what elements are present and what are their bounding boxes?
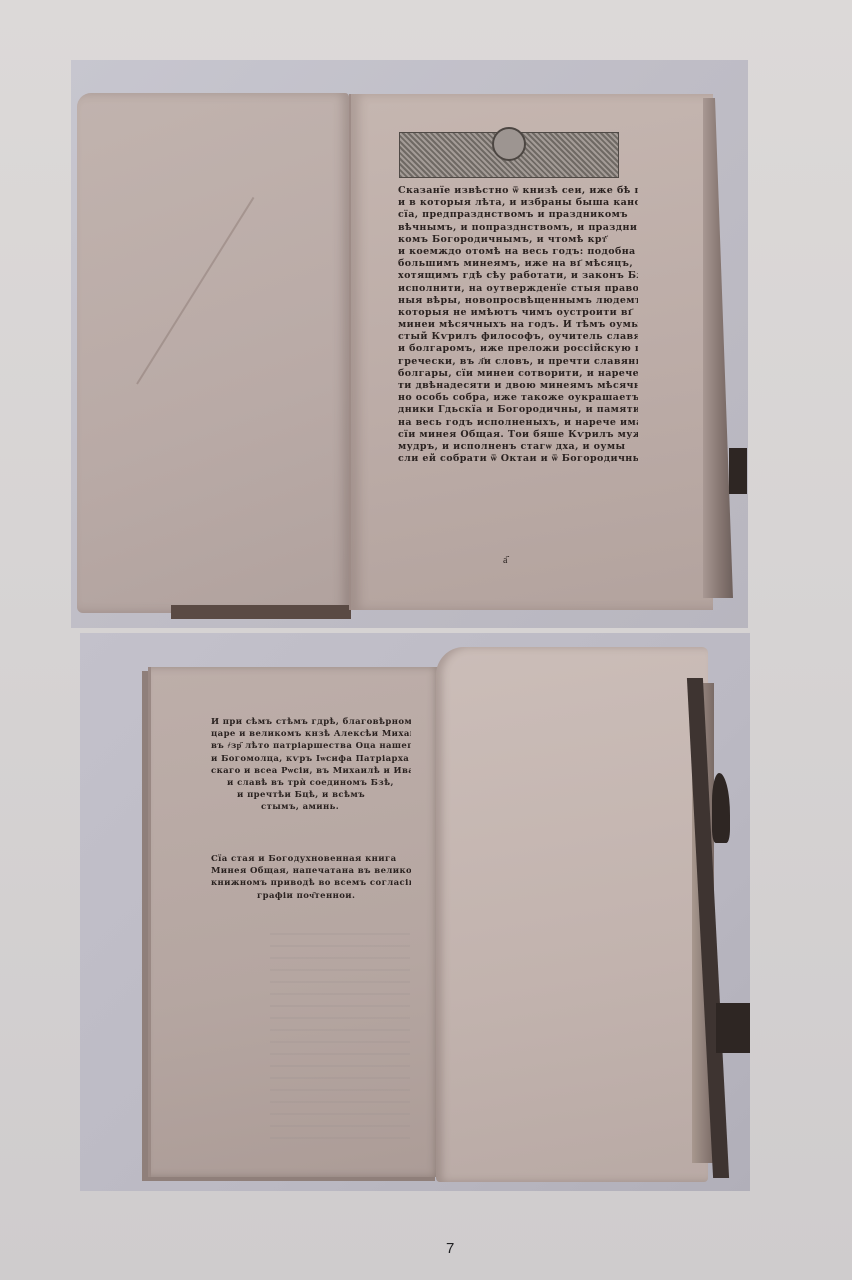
text-line: и Богомолца, кѵръ Іѡсифа Патріарха Моско… (211, 753, 411, 765)
photo-open-book-colophon: И при сѣмъ стѣмъ гдрѣ, благовѣрномъ царе… (80, 633, 750, 1191)
ornamental-headpiece-icon (399, 132, 619, 178)
page-block-edge (703, 98, 733, 598)
text-line: большимъ минеямъ, иже на вı҃ мѣсяцъ, (398, 258, 638, 270)
text-line: дники Гдьскїа и Богородичны, и памяти ст… (398, 404, 638, 416)
right-blank-page (436, 647, 708, 1182)
text-line: стымъ, аминь. (211, 801, 411, 813)
text-line: скаго и всеа Рѡсіи, въ Михаилѣ и Ивана, (211, 765, 411, 777)
text-line: книжномъ приводѣ во всемъ согласіи въ ти… (211, 877, 411, 889)
page-crease (136, 197, 254, 385)
text-line: болгары, сїи минеи сотворити, и нарече (398, 368, 638, 380)
text-line: графіи поч҃теннои. (211, 890, 411, 902)
printed-text-block: Сказанїе извѣстно ѿ книзѣ сеи, иже бѣ пр… (398, 185, 638, 465)
text-line: вѣчнымъ, и попразднствомъ, и праздни (398, 222, 638, 234)
folio-signature: а҃ (503, 555, 507, 566)
left-blank-page (77, 93, 349, 613)
text-line: гречески, въ л҃и словъ, и пречти славяны… (398, 356, 638, 368)
text-line: и пречтѣи Бцѣ, и всѣмъ (211, 789, 411, 801)
text-line: и в которыя лѣта, и избраны быша каноны (398, 197, 638, 209)
page-number: 7 (446, 1240, 454, 1257)
show-through-text (270, 933, 410, 1143)
text-line: сли ей собрати ѿ Октаи и ѿ Богородичныхъ… (398, 453, 638, 465)
leather-clasp (712, 773, 730, 843)
text-line: царе и великомъ кнзѣ Алексѣи Михаиловичѣ… (211, 728, 411, 740)
text-line: ти двѣнадесяти и двою минеямъ мѣсячнымъ: (398, 380, 638, 392)
text-line: и болгаромъ, иже преложи россійскую грам… (398, 343, 638, 355)
text-line: комъ Богородичнымъ, и чтомѣ крт҃ (398, 234, 638, 246)
text-line: и коемждо отомѣ на весь годъ: подобна (398, 246, 638, 258)
colophon-block-1: И при сѣмъ стѣмъ гдрѣ, благовѣрномъ царе… (211, 716, 411, 814)
book-clasp (729, 448, 747, 494)
book-clasp (716, 1003, 750, 1053)
text-line: минеи мѣсячныхъ на годъ. И тѣмъ оумысли (398, 319, 638, 331)
text-line: сїи минея Общая. Тои бяше Кѵрилъ мужъ (398, 429, 638, 441)
text-line: Минея Общая, напечатана въ великоцарству… (211, 865, 411, 877)
text-line: стый Кѵрилъ философъ, оучитель славянымъ (398, 331, 638, 343)
text-line: въ ҂зр҃ лѣто патріаршества Оца нашего (211, 740, 411, 752)
text-line: хотящимъ гдѣ сѣу работати, и законъ Бжїи (398, 270, 638, 282)
colophon-block-2: Сїа стая и Богодухновенная книга Минея О… (211, 853, 411, 902)
text-line: ныя вѣры, новопросвѣщеннымъ людемъ, (398, 295, 638, 307)
text-line: и славѣ въ трѝ соединомъ Бзѣ, (211, 777, 411, 789)
text-line: которыя не имѣютъ чимъ оустроити вı҃ (398, 307, 638, 319)
text-line: но особь собра, иже такоже оукрашаетъ пр… (398, 392, 638, 404)
book-cover-edge (171, 605, 351, 619)
text-line: мудръ, и исполненъ стагѡ дха, и оумы (398, 441, 638, 453)
text-line: исполнити, на оутвержденїе стыя правосла… (398, 283, 638, 295)
text-line: Сїа стая и Богодухновенная книга (211, 853, 411, 865)
text-line: Сказанїе извѣстно ѿ книзѣ сеи, иже бѣ пр… (398, 185, 638, 197)
photo-open-book-title-page: Сказанїе извѣстно ѿ книзѣ сеи, иже бѣ пр… (71, 60, 748, 628)
text-line: И при сѣмъ стѣмъ гдрѣ, благовѣрномъ (211, 716, 411, 728)
text-line: на весь годъ исполненыхъ, и нарече има к… (398, 417, 638, 429)
text-line: сїа, предпразднствомъ и праздникомъ (398, 209, 638, 221)
